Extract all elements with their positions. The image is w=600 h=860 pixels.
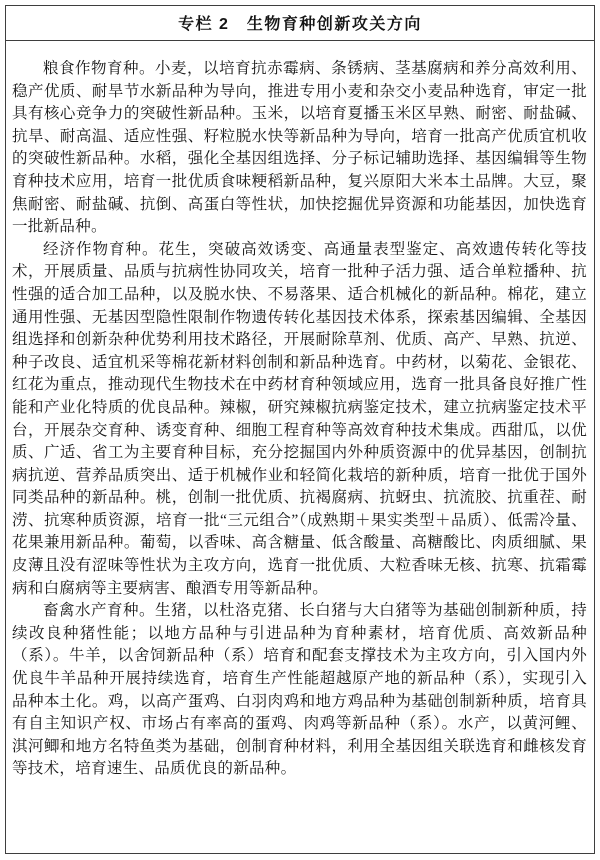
paragraph-cash-crop-breeding: 经济作物育种。花生，突破高效诱变、高通量表型鉴定、高效遗传转化等技术，开展质量、… bbox=[12, 239, 587, 601]
document-page: 专栏 2 生物育种创新攻关方向 粮食作物育种。小麦，以培育抗赤霉病、条锈病、茎基… bbox=[0, 0, 600, 860]
box-body: 粮食作物育种。小麦，以培育抗赤霉病、条锈病、茎基腐病和养分高效利用、稳产优质、耐… bbox=[6, 41, 594, 853]
box-title: 专栏 2 生物育种创新攻关方向 bbox=[178, 16, 422, 33]
box-header: 专栏 2 生物育种创新攻关方向 bbox=[6, 6, 594, 41]
callout-box: 专栏 2 生物育种创新攻关方向 粮食作物育种。小麦，以培育抗赤霉病、条锈病、茎基… bbox=[5, 5, 595, 854]
paragraph-livestock-aquaculture-breeding: 畜禽水产育种。生猪，以杜洛克猪、长白猪与大白猪等为基础创制新种质，持续改良种猪性… bbox=[12, 600, 587, 781]
paragraph-grain-crop-breeding: 粮食作物育种。小麦，以培育抗赤霉病、条锈病、茎基腐病和养分高效利用、稳产优质、耐… bbox=[12, 58, 587, 239]
